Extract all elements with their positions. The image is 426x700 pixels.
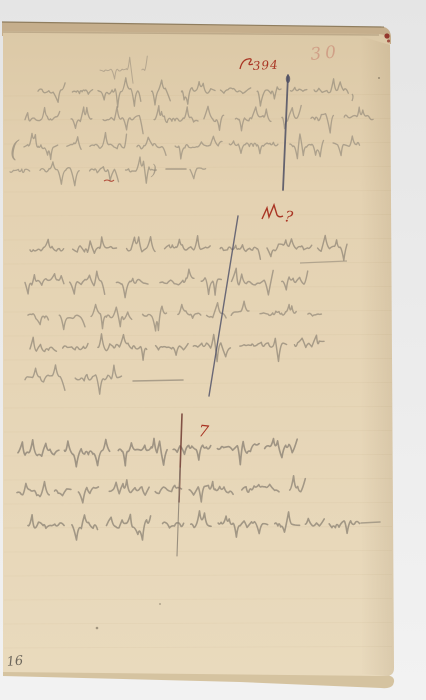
paper-speck-2 [378,77,380,79]
notebook-page [3,31,394,676]
scanned-notebook-page: ( ) 394 30 ? 7 16 [0,0,426,700]
manuscript-scan: ( ) 394 30 ? 7 16 [0,0,426,700]
red-folio-number: 394 [252,58,279,73]
paper-speck-3 [159,603,161,605]
page-right-shading [360,36,394,676]
paper-speck-1 [96,627,99,630]
pencil-dash-3 [361,522,380,523]
pencil-dash-2 [133,380,183,381]
pencil-open-paren: ( [10,137,20,163]
pencil-page-number: 16 [6,654,24,670]
faded-red-number: 30 [309,42,341,65]
pencil-close-paren: ) [150,161,157,179]
strike-blob [286,75,290,83]
